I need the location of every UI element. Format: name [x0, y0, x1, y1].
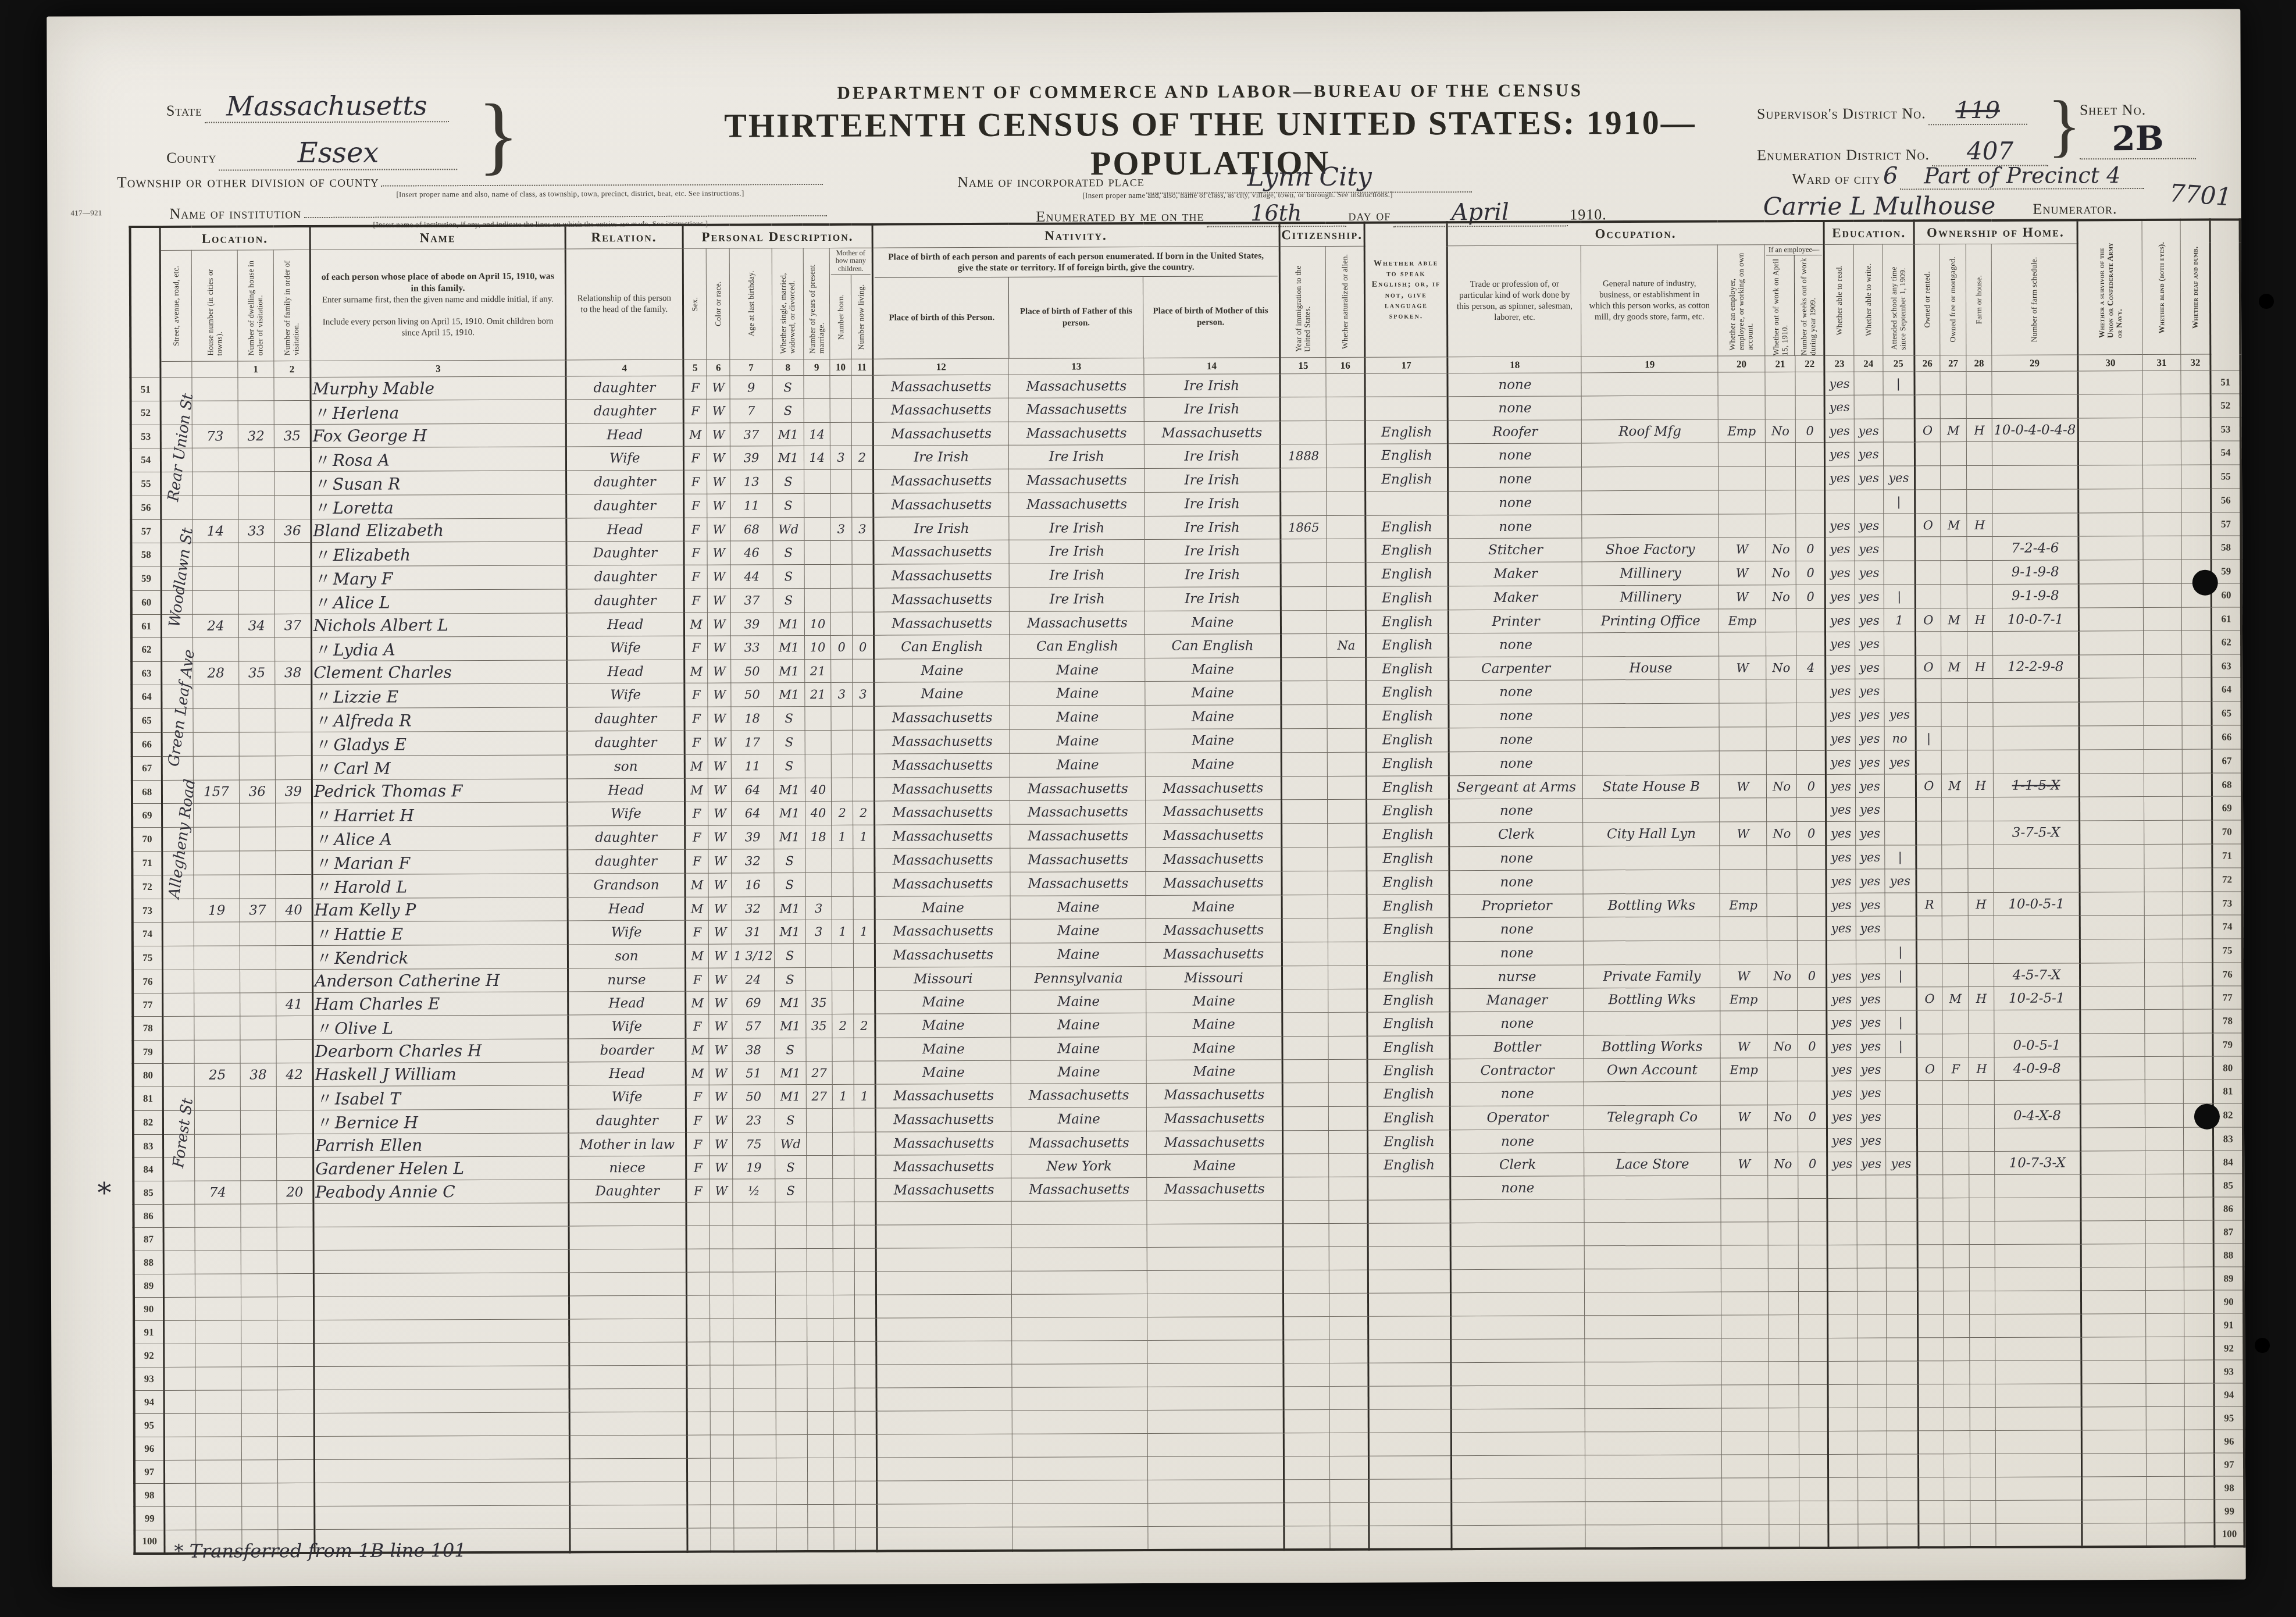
cell-text-mar: S [784, 380, 792, 394]
cell-rel: daughter [566, 565, 684, 590]
cell-age: 9 [730, 376, 772, 399]
cell-deaf [2184, 1453, 2214, 1476]
cell-emp [1720, 1011, 1767, 1035]
cell-sch [1884, 656, 1916, 679]
cell-bpm: Ire Irish [1145, 516, 1280, 540]
cell-mar: S [773, 565, 804, 589]
cell-text-rel: Wife [612, 1089, 643, 1105]
cell-text-sch: | [1898, 945, 1902, 959]
cell-text-farm: H [1976, 992, 1987, 1006]
cell-text-bpm: Ire Irish [1185, 568, 1240, 583]
cell-text-color: W [714, 996, 727, 1010]
cell-text-age: 50 [744, 664, 760, 678]
cell-liv [854, 1061, 875, 1084]
cell-liv: 3 [853, 682, 874, 706]
cell-farm [1966, 395, 1992, 419]
cell-mar: Wd [772, 518, 804, 541]
cell-blind [2145, 1198, 2184, 1221]
cell-ind [1585, 1362, 1721, 1386]
cell-sch [1884, 797, 1916, 821]
supervisor-value: 119 [1955, 97, 2000, 124]
cell-ind [1583, 798, 1720, 822]
cell-text-bp: Ire Irish [914, 521, 969, 536]
cell-mar: S [772, 494, 804, 518]
cell-text-sch: yes [1890, 874, 1910, 888]
cell-house [192, 401, 238, 425]
cell-imm [1281, 847, 1328, 871]
cell-eng: English [1367, 989, 1450, 1012]
line-number-right: 63✓ [2212, 654, 2241, 678]
cell-ind [1585, 1501, 1722, 1525]
cell-age: 50 [733, 1085, 775, 1109]
cell-text-sched: 10-2-5-1 [2009, 991, 2065, 1006]
cell-imm [1284, 1456, 1330, 1480]
cell-nat [1328, 1012, 1367, 1036]
cell-bpm [1147, 1201, 1282, 1224]
cell-bpf: Massachusetts [1010, 800, 1146, 825]
cell-liv [853, 849, 875, 872]
cell-text-out: No [1771, 424, 1789, 438]
line-number-right: 76✓ [2213, 963, 2242, 986]
cell-text-age: 50 [744, 688, 760, 702]
cell-sch [1887, 1338, 1918, 1361]
cell-text-ind: Bottling Wks [1608, 992, 1695, 1007]
cell-text-liv: 1 [860, 830, 867, 844]
cell-text-age: 50 [746, 1090, 761, 1104]
cell-trade [1450, 1199, 1584, 1223]
name-text: Haskell J William [315, 1064, 456, 1084]
township-label: Township or other division of county [117, 173, 379, 191]
cell-text-write: yes [1861, 1156, 1881, 1170]
cell-liv [851, 422, 873, 446]
cell-house [194, 851, 239, 875]
cell-text-bp: Maine [922, 995, 964, 1010]
cell-text-mar: S [785, 759, 793, 773]
cell-house [195, 1344, 241, 1367]
cell-yrs: 21 [805, 683, 831, 707]
cell-rel [569, 1342, 687, 1366]
cell-farm: H [1969, 987, 1994, 1010]
cell-house [194, 827, 239, 851]
cell-text-rel: daughter [596, 1113, 658, 1128]
cell-street [162, 970, 194, 993]
cell-bpf: Maine [1010, 753, 1146, 778]
column-number-sched: 29 [1992, 355, 2077, 372]
cell-yrs [807, 1458, 833, 1481]
cell-ind [1585, 1269, 1721, 1292]
cell-age: 11 [730, 494, 772, 518]
cell-born [832, 944, 853, 968]
cell-text-born: 2 [839, 1019, 847, 1033]
header-personal-sub-4: Number of years of present marriage. [803, 248, 830, 359]
cell-surv [2078, 418, 2143, 441]
cell-imm [1282, 871, 1328, 895]
cell-emp [1719, 490, 1766, 514]
cell-text-bp: Massachusetts [893, 1112, 994, 1128]
cell-text-color: W [714, 878, 726, 892]
cell-rel: Head [568, 897, 685, 921]
cell-name: 〃Marian F [312, 850, 568, 875]
column-number-color: 6 [707, 359, 730, 376]
cell-street [162, 899, 194, 922]
citizenship-group-title: Citizenship. [1279, 223, 1365, 247]
cell-nat [1329, 1293, 1368, 1316]
cell-mar [776, 1412, 807, 1435]
cell-text-bpf: Maine [1057, 948, 1100, 963]
cell-write [1856, 1175, 1885, 1198]
cell-farm [1970, 1338, 1995, 1361]
incorporated-value: Lynn City [1247, 162, 1371, 193]
cell-trade: none [1449, 728, 1583, 752]
cell-fam [275, 685, 312, 708]
cell-free [1944, 1291, 1970, 1315]
cell-text-age: 75 [746, 1137, 762, 1151]
cell-text-read: yes [1830, 542, 1850, 556]
cell-liv [853, 754, 874, 778]
cell-text-rel: Wife [611, 925, 642, 940]
cell-bp [876, 1318, 1012, 1342]
cell-ind [1584, 917, 1720, 941]
cell-text-emp: Emp [1728, 614, 1757, 628]
cell-text-bpm: Massachusetts [1164, 1088, 1264, 1103]
cell-trade: Carpenter [1449, 657, 1582, 681]
cell-sch [1887, 1361, 1918, 1384]
cell-dw [239, 756, 276, 780]
cell-surv [2081, 1384, 2147, 1407]
cell-mar: M1 [774, 897, 805, 920]
cell-write: yes [1855, 561, 1884, 585]
cell-text-free: M [1948, 518, 1960, 532]
cell-dw [238, 543, 274, 567]
cell-text-age: ½ [748, 1184, 760, 1198]
cell-age [733, 1319, 775, 1342]
cell-text-color: W [712, 404, 725, 418]
cell-yrs [807, 1342, 833, 1365]
cell-text-liv: 2 [860, 1019, 868, 1033]
cell-text-ind: State House B [1603, 779, 1700, 795]
cell-farm [1970, 1361, 1995, 1384]
cell-liv: 3 [852, 517, 874, 540]
cell-text-farm: H [1976, 897, 1986, 911]
line-number-left: 95 [134, 1414, 164, 1437]
name-text: 〃Olive L [315, 1019, 393, 1038]
cell-street [163, 1204, 195, 1227]
cell-free: M [1941, 656, 1967, 679]
column-number-rel: 4 [566, 360, 683, 377]
cell-text-color: W [712, 428, 725, 441]
cell-text-age: 23 [746, 1114, 762, 1128]
cell-free [1941, 537, 1967, 561]
header-personal-sub-2: Age at last birthday. [730, 248, 772, 359]
cell-text-bpf: Maine [1057, 1018, 1100, 1033]
cell-rel: Daughter [569, 1180, 686, 1203]
cell-deaf [2184, 1197, 2213, 1220]
department-line: DEPARTMENT OF COMMERCE AND LABOR—BUREAU … [739, 80, 1681, 104]
cell-blind [2145, 1104, 2184, 1128]
cell-bpf: Massachusetts [1010, 872, 1146, 896]
cell-liv [853, 706, 874, 730]
cell-text-bpm: Massachusetts [1163, 828, 1264, 844]
cell-read [1828, 1315, 1858, 1338]
cell-trade: none [1448, 443, 1582, 468]
employee-sub-label-0: Whether out of work on April 15, 1910. [1771, 255, 1789, 355]
cell-sex [686, 1272, 710, 1295]
cell-wks [1799, 1478, 1828, 1501]
cell-blind [2144, 821, 2183, 845]
cell-deaf [2181, 418, 2211, 441]
cell-imm [1282, 1107, 1329, 1131]
cell-text-out: No [1772, 661, 1790, 675]
cell-write [1858, 1361, 1887, 1384]
cell-out [1767, 917, 1798, 941]
cell-text-ind: Own Account [1607, 1062, 1698, 1078]
cell-bpm [1147, 1270, 1283, 1294]
cell-text-bpf: Massachusetts [1029, 1135, 1129, 1151]
line-number-right: 52 [2211, 394, 2240, 418]
cell-age [733, 1272, 775, 1295]
cell-ind [1583, 751, 1720, 775]
cell-bpf: Maine [1010, 896, 1146, 920]
cell-yrs: 14 [804, 446, 830, 470]
cell-imm [1284, 1503, 1330, 1526]
cell-dw: 33 [238, 519, 274, 543]
cell-sched [1996, 1430, 2081, 1454]
cell-eng: English [1366, 444, 1448, 468]
cell-emp [1719, 514, 1766, 537]
cell-out [1767, 1058, 1798, 1081]
cell-sch [1886, 1175, 1917, 1198]
cell-text-yrs: 40 [811, 806, 826, 820]
cell-write [1858, 1384, 1887, 1408]
cell-deaf [2182, 654, 2212, 678]
cell-eng: English [1366, 633, 1449, 657]
cell-born [832, 968, 854, 991]
cell-name: 〃Mary F [311, 565, 566, 590]
cell-sched [1994, 1010, 2080, 1034]
cell-bpm [1148, 1410, 1284, 1434]
cell-text-trade: none [1500, 851, 1533, 866]
cell-yrs [805, 754, 831, 778]
cell-mar [776, 1458, 807, 1481]
cell-text-write: yes [1859, 542, 1879, 556]
cell-ind [1584, 1129, 1721, 1153]
cell-sch [1887, 1384, 1918, 1408]
cell-deaf [2183, 963, 2212, 986]
cell-farm [1967, 490, 1992, 514]
cell-trade: none [1448, 515, 1582, 539]
cell-read: yes [1826, 703, 1855, 726]
cell-text-rel: daughter [594, 593, 657, 608]
cell-out: No [1766, 775, 1797, 798]
cell-sex: M [684, 612, 708, 636]
cell-bpm: Maine [1145, 729, 1281, 753]
cell-sex: F [684, 849, 708, 873]
cell-text-rel: nurse [607, 973, 646, 988]
cell-out [1768, 1199, 1799, 1222]
name-text: Bland Elizabeth [313, 521, 444, 540]
mother-sub-1: Number now living. [850, 275, 871, 359]
line-number-left: 81 [133, 1087, 163, 1111]
cell-own [1916, 750, 1941, 774]
cell-blind [2144, 868, 2183, 892]
cell-sch [1884, 561, 1915, 585]
cell-text-sex: M [690, 617, 703, 631]
cell-rel: boarder [568, 1039, 686, 1063]
cell-bpf: Pennsylvania [1011, 967, 1146, 991]
cell-name: 〃Alice A [312, 826, 568, 851]
cell-sched: 1-1-5-X [1994, 774, 2079, 797]
cell-text-age: 9 [747, 380, 755, 394]
cell-rel [570, 1459, 687, 1483]
cell-bpm: Massachusetts [1146, 777, 1281, 800]
cell-sch [1887, 1501, 1919, 1524]
cell-mar: S [773, 731, 805, 754]
cell-born [832, 873, 853, 897]
cell-bp: Maine [875, 896, 1010, 920]
cell-bpm: Maine [1145, 658, 1281, 682]
cell-text-bpf: Massachusetts [1026, 426, 1127, 441]
cell-dw: 38 [240, 1063, 277, 1087]
cell-text-sch: yes [1891, 1156, 1911, 1170]
cell-eng: English [1367, 1036, 1450, 1059]
cell-write: yes [1855, 845, 1884, 869]
cell-mar: M1 [774, 920, 805, 944]
cell-mar: M1 [773, 660, 804, 683]
cell-farm [1970, 1384, 1995, 1408]
cell-sch [1884, 514, 1915, 537]
cell-own [1914, 490, 1940, 514]
cell-surv [2080, 1010, 2145, 1034]
line-number-right: 54 [2211, 441, 2241, 465]
cell-surv [2079, 702, 2144, 726]
cell-surv [2080, 1128, 2145, 1151]
name-text: 〃Alice L [313, 593, 390, 612]
line-number-left: 100 [134, 1530, 164, 1554]
cell-write: yes [1855, 514, 1884, 537]
cell-blind [2144, 655, 2182, 678]
cell-own: O [1916, 987, 1942, 1010]
cell-text-mar: S [784, 498, 792, 512]
cell-emp: Emp [1718, 419, 1765, 443]
line-number-right: 57 [2211, 512, 2241, 536]
cell-emp [1721, 1129, 1768, 1152]
cell-text-bp: Massachusetts [891, 379, 992, 395]
cell-read: yes [1827, 987, 1856, 1010]
cell-bp: Massachusetts [875, 849, 1010, 873]
cell-out [1766, 632, 1796, 656]
cell-rel: Mother in law [569, 1133, 686, 1157]
cell-text-own: | [1927, 732, 1931, 746]
cell-text-ind: Roof Mfg [1618, 424, 1681, 439]
cell-text-sex: F [694, 1160, 703, 1174]
cell-text-trade: none [1500, 1016, 1534, 1031]
cell-out [1767, 870, 1798, 893]
cell-text-color: W [713, 641, 726, 655]
cell-wks [1795, 372, 1824, 396]
cell-eng: English [1367, 918, 1450, 942]
cell-fam: 37 [274, 614, 311, 637]
cell-color: W [708, 897, 732, 920]
cell-emp [1720, 870, 1767, 893]
cell-farm: H [1967, 514, 1992, 537]
cell-ind [1582, 679, 1719, 704]
header-label-personal-sub-4: Number of years of present marriage. [808, 254, 826, 354]
cell-street [162, 708, 194, 732]
cell-own [1914, 442, 1940, 466]
cell-sch [1886, 1268, 1917, 1291]
cell-imm [1281, 587, 1327, 611]
cell-ind [1582, 727, 1719, 751]
cell-blind [2145, 939, 2183, 963]
cell-sch [1885, 916, 1916, 940]
cell-trade [1452, 1386, 1585, 1409]
name-text: 〃Elizabeth [313, 546, 411, 565]
cell-imm [1282, 966, 1328, 989]
cell-color: W [709, 1038, 732, 1062]
cell-yrs: 10 [804, 636, 830, 660]
line-number-left: 94 [134, 1391, 164, 1414]
cell-text-eng: English [1382, 638, 1433, 653]
cell-wks [1799, 1245, 1828, 1269]
cell-eng: English [1367, 752, 1449, 776]
cell-bp: Massachusetts [876, 1132, 1011, 1156]
cell-text-bpm: Maine [1192, 757, 1234, 772]
cell-mar: M1 [773, 802, 805, 825]
cell-text-bp: Massachusetts [892, 568, 992, 584]
line-number-right: 61✓ [2212, 607, 2241, 631]
name-text: 〃Susan R [313, 475, 400, 494]
enumeration-label: Enumeration District No. [1757, 146, 1930, 163]
cell-text-rel: Head [607, 428, 643, 443]
cell-text-eng: English [1382, 828, 1434, 843]
cell-text-sched: 1-1-5-X [2012, 778, 2060, 793]
cell-text-rel: Mother in law [580, 1137, 675, 1153]
cell-born [833, 1226, 854, 1249]
cell-read [1827, 1175, 1857, 1198]
cell-nat [1329, 1246, 1368, 1270]
cell-imm [1281, 824, 1328, 847]
cell-eng [1365, 397, 1448, 421]
cell-sch [1883, 442, 1914, 466]
cell-fam [276, 922, 312, 946]
cell-ind: Roof Mfg [1582, 419, 1719, 443]
cell-blind [2147, 1523, 2185, 1547]
cell-surv [2080, 916, 2145, 939]
cell-born [830, 470, 852, 494]
cell-text-read: yes [1831, 1016, 1852, 1030]
cell-deaf [2184, 1476, 2214, 1500]
cell-dw [239, 732, 276, 756]
header-label-ownership-sub-1: Owned free or mortgaged. [1948, 257, 1958, 342]
cell-farm [1969, 1128, 1995, 1152]
cell-text-read: yes [1832, 1157, 1852, 1171]
cell-eng: English [1366, 515, 1448, 539]
cell-text-read: yes [1831, 850, 1851, 864]
cell-mar: S [772, 376, 804, 399]
cell-farm [1968, 916, 1994, 940]
cell-color: W [707, 494, 730, 518]
cell-text-mar: S [785, 546, 793, 560]
cell-text-bpm: Maine [1193, 1064, 1235, 1079]
cell-free [1943, 1175, 1969, 1198]
cell-text-wks: 4 [1807, 661, 1814, 675]
cell-text-bpm: Ire Irish [1185, 520, 1240, 535]
cell-text-bpm: Ire Irish [1185, 473, 1240, 488]
cell-born [832, 1038, 854, 1062]
cell-free [1943, 1245, 1969, 1268]
cell-text-bp: Maine [922, 900, 964, 916]
cell-free [1943, 1152, 1969, 1175]
